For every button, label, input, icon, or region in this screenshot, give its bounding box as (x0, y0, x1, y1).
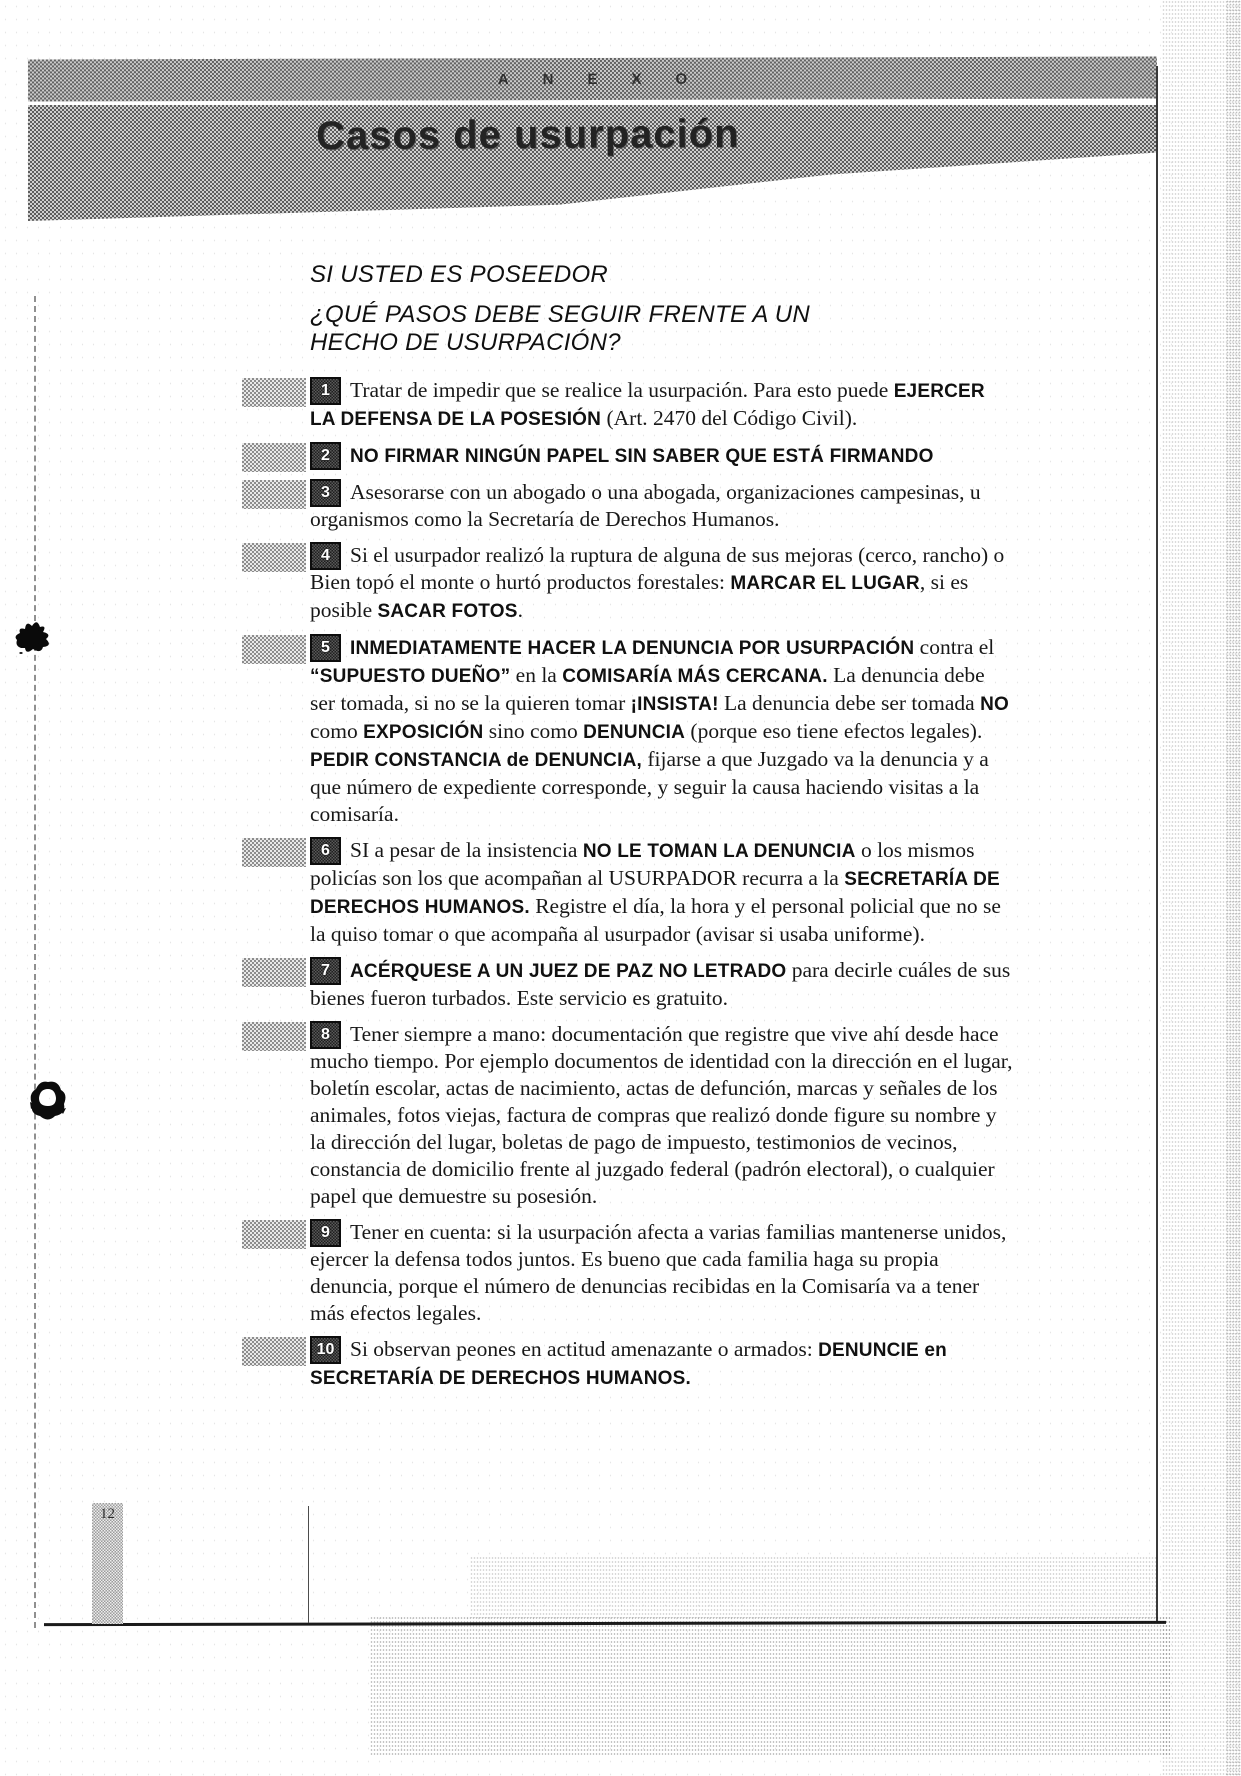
item-text-segment: contra el (914, 635, 994, 659)
item-text-segment: (porque eso tiene efectos legales). (685, 719, 982, 743)
item-text: SI a pesar de la insistencia NO LE TOMAN… (310, 837, 1013, 948)
item-marker-bar (242, 480, 306, 509)
item-marker-bar (242, 958, 306, 987)
fold-line (308, 1506, 309, 1623)
item-text: Tener en cuenta: si la usurpación afecta… (310, 1219, 1013, 1327)
content-column: SI USTED ES POSEEDOR ¿QUÉ PASOS DEBE SEG… (310, 261, 1013, 1401)
list-item: 7ACÉRQUESE A UN JUEZ DE PAZ NO LETRADO p… (310, 957, 1013, 1012)
item-number-badge: 1 (310, 377, 341, 405)
item-text: Si observan peones en actitud amenazante… (310, 1336, 1013, 1392)
title-band: Casos de usurpación (28, 105, 1157, 221)
item-text: Tener siempre a mano: documentación que … (310, 1021, 1013, 1210)
item-marker-bar (242, 543, 306, 572)
item-number-badge: 4 (310, 542, 341, 570)
list-item: 6SI a pesar de la insistencia NO LE TOMA… (310, 837, 1013, 948)
item-text-segment: . (518, 598, 523, 622)
item-text-segment: Tratar de impedir que se realice la usur… (350, 378, 894, 402)
item-number-badge: 9 (310, 1219, 341, 1247)
intro-heading-1: SI USTED ES POSEEDOR (310, 261, 1013, 289)
item-marker-bar (242, 635, 306, 664)
list-item: 4Si el usurpador realizó la ruptura de a… (310, 542, 1013, 625)
item-text-segment: Si observan peones en actitud amenazante… (350, 1337, 818, 1361)
page-root: { "colors": { "band_gray": "#a6a6a6", "i… (0, 0, 1241, 1776)
item-text-bold-segment: EXPOSICIÓN (363, 722, 483, 743)
list-item: 8Tener siempre a mano: documentación que… (310, 1021, 1013, 1210)
scan-noise-bottom (370, 1616, 1170, 1756)
item-marker-bar (242, 378, 306, 407)
item-text-segment: sino como (483, 719, 583, 743)
scan-noise-bottom-upper (470, 1556, 1158, 1618)
item-number-badge: 10 (310, 1336, 341, 1364)
scan-noise-right-edge (1226, 0, 1241, 1776)
item-marker-bar (242, 1337, 306, 1366)
anexo-label: ANEXO (464, 70, 721, 88)
intro-heading-2: ¿QUÉ PASOS DEBE SEGUIR FRENTE A UN HECHO… (310, 301, 870, 357)
list-item: 3Asesorarse con un abogado o una abogada… (310, 479, 1013, 533)
item-text-bold-segment: PEDIR CONSTANCIA de DENUNCIA, (310, 750, 642, 771)
item-text: NO FIRMAR NINGÚN PAPEL SIN SABER QUE EST… (310, 442, 1013, 470)
list-item: 2NO FIRMAR NINGÚN PAPEL SIN SABER QUE ES… (310, 442, 1013, 470)
item-number-badge: 3 (310, 479, 341, 507)
list-item: 10Si observan peones en actitud amenazan… (310, 1336, 1013, 1392)
item-marker-bar (242, 838, 306, 867)
item-text: ACÉRQUESE A UN JUEZ DE PAZ NO LETRADO pa… (310, 957, 1013, 1012)
item-number-badge: 8 (310, 1021, 341, 1049)
item-text-segment: La denuncia debe ser tomada (719, 691, 980, 715)
list-item: 5INMEDIATAMENTE HACER LA DENUNCIA POR US… (310, 634, 1013, 828)
list-item: 9Tener en cuenta: si la usurpación afect… (310, 1219, 1013, 1327)
left-margin-line (34, 296, 36, 1628)
page-number-tab: 12 (92, 1503, 123, 1624)
item-text-segment: (Art. 2470 del Código Civil). (601, 406, 857, 430)
item-text-bold-segment: NO FIRMAR NINGÚN PAPEL SIN SABER QUE EST… (350, 446, 934, 467)
ink-blob-bottom (28, 1080, 68, 1123)
item-text-segment: Asesorarse con un abogado o una abogada,… (310, 480, 981, 531)
ink-blob-top (13, 609, 53, 655)
item-marker-bar (242, 1022, 306, 1051)
item-text: Asesorarse con un abogado o una abogada,… (310, 479, 1013, 533)
item-text: Tratar de impedir que se realice la usur… (310, 377, 1013, 433)
right-page-edge-line (1156, 66, 1158, 1622)
page-number: 12 (100, 1506, 115, 1523)
item-text-segment: Tener siempre a mano: documentación que … (310, 1022, 1012, 1208)
item-text-bold-segment: DENUNCIA (583, 722, 685, 743)
item-text: INMEDIATAMENTE HACER LA DENUNCIA POR USU… (310, 634, 1013, 828)
item-text-bold-segment: “SUPUESTO DUEÑO” (310, 666, 510, 687)
item-number-badge: 6 (310, 837, 341, 865)
item-text-bold-segment: INMEDIATAMENTE HACER LA DENUNCIA POR USU… (350, 638, 914, 659)
item-text-bold-segment: COMISARÍA MÁS CERCANA. (562, 666, 827, 687)
item-marker-bar (242, 443, 306, 472)
item-number-badge: 2 (310, 442, 341, 470)
item-text-bold-segment: ACÉRQUESE A UN JUEZ DE PAZ NO LETRADO (350, 961, 786, 982)
item-text-bold-segment: NO (980, 694, 1009, 715)
item-text-segment: SI a pesar de la insistencia (350, 838, 583, 862)
item-text-bold-segment: NO LE TOMAN LA DENUNCIA (583, 841, 856, 862)
page-title: Casos de usurpación (316, 112, 740, 159)
item-text-bold-segment: MARCAR EL LUGAR (730, 573, 919, 594)
item-text-segment: como (310, 719, 363, 743)
item-text: Si el usurpador realizó la ruptura de al… (310, 542, 1013, 625)
items-list: 1Tratar de impedir que se realice la usu… (310, 377, 1013, 1392)
item-text-bold-segment: ¡INSISTA! (631, 694, 719, 715)
item-text-segment: en la (510, 663, 562, 687)
item-number-badge: 5 (310, 634, 341, 662)
anexo-band: ANEXO (28, 57, 1157, 102)
list-item: 1Tratar de impedir que se realice la usu… (310, 377, 1013, 433)
item-text-segment: Tener en cuenta: si la usurpación afecta… (310, 1220, 1006, 1325)
item-marker-bar (242, 1220, 306, 1249)
item-number-badge: 7 (310, 957, 341, 985)
item-text-bold-segment: SACAR FOTOS (377, 601, 517, 622)
